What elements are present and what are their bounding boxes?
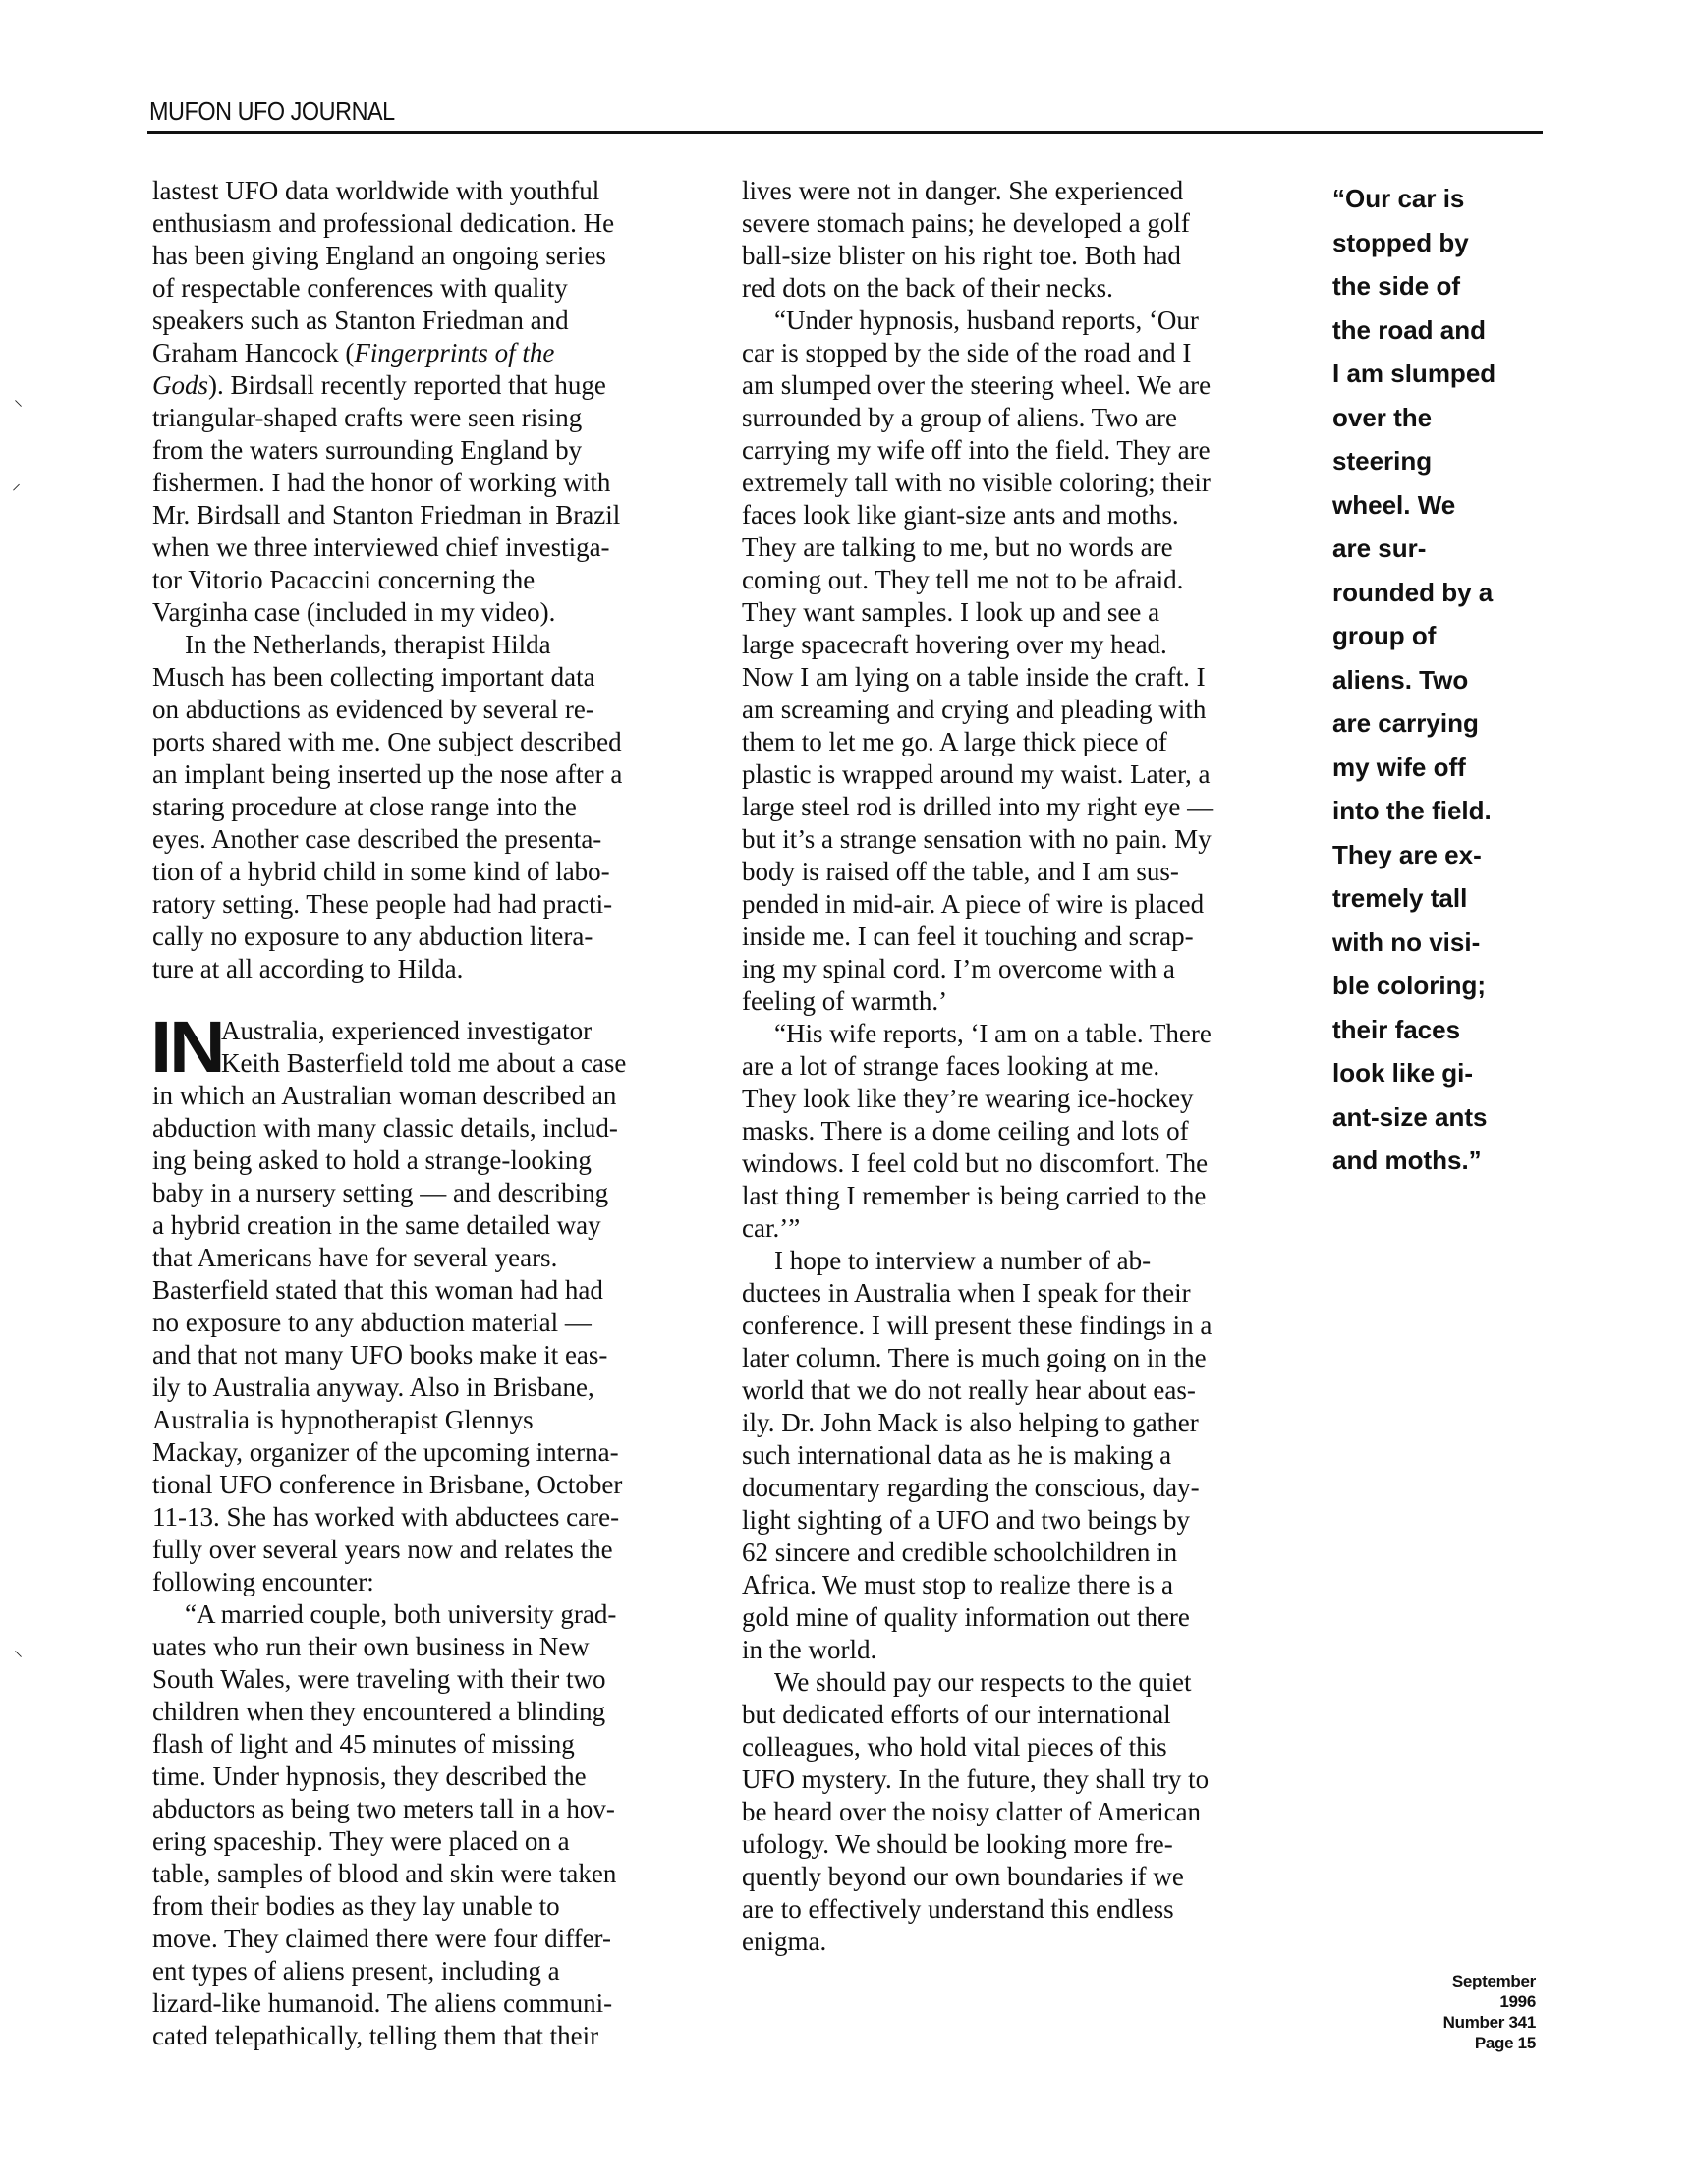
text-line: car is stopped by the side of the road a…: [742, 337, 1272, 369]
pull-quote-line: are carrying: [1332, 701, 1558, 746]
text-line: Basterfield stated that this woman had h…: [152, 1274, 703, 1307]
text-line: from their bodies as they lay unable to: [152, 1890, 703, 1923]
text-line: I hope to interview a number of ab-: [742, 1245, 1272, 1277]
pull-quote-line: with no visi-: [1332, 921, 1558, 965]
text-line: staring procedure at close range into th…: [152, 791, 703, 823]
text-line: ratory setting. These people had had pra…: [152, 888, 703, 921]
text-line: and that not many UFO books make it eas-: [152, 1339, 703, 1372]
text-line: Varginha case (included in my video).: [152, 596, 703, 629]
text-line: in the world.: [742, 1634, 1272, 1666]
text-line: tional UFO conference in Brisbane, Octob…: [152, 1469, 703, 1501]
text-line: Keith Basterfield told me about a case: [152, 1047, 703, 1080]
text-line: enigma.: [742, 1926, 1272, 1958]
text-line: They want samples. I look up and see a: [742, 596, 1272, 629]
text-line: be heard over the noisy clatter of Ameri…: [742, 1796, 1272, 1828]
text-line: They look like they’re wearing ice-hocke…: [742, 1083, 1272, 1115]
text-line: ent types of aliens present, including a: [152, 1955, 703, 1988]
text-fragment: Graham Hancock (: [152, 338, 354, 367]
text-line: has been giving England an ongoing serie…: [152, 240, 703, 272]
text-line: UFO mystery. In the future, they shall t…: [742, 1764, 1272, 1796]
text-line: in which an Australian woman described a…: [152, 1080, 703, 1112]
text-line: uates who run their own business in New: [152, 1631, 703, 1663]
text-line: following encounter:: [152, 1566, 703, 1598]
text-line: eyes. Another case described the present…: [152, 823, 703, 856]
australia-section: IN Australia, experienced investigator K…: [152, 1015, 703, 2052]
text-line: quently beyond our own boundaries if we: [742, 1861, 1272, 1893]
text-line: fishermen. I had the honor of working wi…: [152, 467, 703, 499]
text-line: In the Netherlands, therapist Hilda: [152, 629, 703, 661]
journal-page: MUFON UFO JOURNAL ⸌ ⸝ ⸌ lastest UFO data…: [0, 0, 1693, 2184]
text-line: conference. I will present these finding…: [742, 1310, 1272, 1342]
text-line: cally no exposure to any abduction liter…: [152, 921, 703, 953]
text-line: coming out. They tell me not to be afrai…: [742, 564, 1272, 596]
text-line: 62 sincere and credible schoolchildren i…: [742, 1537, 1272, 1569]
text-line: Mr. Birdsall and Stanton Friedman in Bra…: [152, 499, 703, 532]
text-line: large steel rod is drilled into my right…: [742, 791, 1272, 823]
text-line: Graham Hancock (Fingerprints of the: [152, 337, 703, 369]
text-line: ering spaceship. They were placed on a: [152, 1825, 703, 1858]
text-line: 11-13. She has worked with abductees car…: [152, 1501, 703, 1534]
text-line: body is raised off the table, and I am s…: [742, 856, 1272, 888]
text-line: last thing I remember is being carried t…: [742, 1180, 1272, 1212]
text-line: ture at all according to Hilda.: [152, 953, 703, 985]
drop-cap: IN: [150, 1019, 222, 1076]
text-line: cated telepathically, telling them that …: [152, 2020, 703, 2052]
text-line: table, samples of blood and skin were ta…: [152, 1858, 703, 1890]
text-line: flash of light and 45 minutes of missing: [152, 1728, 703, 1761]
pull-quote-line: my wife off: [1332, 746, 1558, 790]
text-line: lizard-like humanoid. The aliens communi…: [152, 1988, 703, 2020]
issue-month: September: [1443, 1971, 1536, 1991]
text-line: We should pay our respects to the quiet: [742, 1666, 1272, 1699]
pull-quote-line: ant-size ants: [1332, 1095, 1558, 1140]
text-line: on abductions as evidenced by several re…: [152, 694, 703, 726]
text-line: car.’”: [742, 1212, 1272, 1245]
text-line: surrounded by a group of aliens. Two are: [742, 402, 1272, 434]
pull-quote-line: They are ex-: [1332, 833, 1558, 877]
text-line: ball-size blister on his right toe. Both…: [742, 240, 1272, 272]
text-line: tor Vitorio Pacaccini concerning the: [152, 564, 703, 596]
text-line: large spacecraft hovering over my head.: [742, 629, 1272, 661]
text-line: Now I am lying on a table inside the cra…: [742, 661, 1272, 694]
text-line: abductors as being two meters tall in a …: [152, 1793, 703, 1825]
section-gap: [152, 985, 703, 1015]
text-line: ufology. We should be looking more fre-: [742, 1828, 1272, 1861]
text-line: inside me. I can feel it touching and sc…: [742, 921, 1272, 953]
pull-quote-line: into the field.: [1332, 789, 1558, 833]
pull-quote-line: and moths.”: [1332, 1139, 1558, 1183]
text-line: them to let me go. A large thick piece o…: [742, 726, 1272, 758]
text-line: lives were not in danger. She experience…: [742, 175, 1272, 207]
text-line: Australia, experienced investigator: [152, 1015, 703, 1047]
text-line: “His wife reports, ‘I am on a table. The…: [742, 1018, 1272, 1050]
article-column-2: lives were not in danger. She experience…: [742, 175, 1272, 1958]
text-line: faces look like giant-size ants and moth…: [742, 499, 1272, 532]
pull-quote-line: “Our car is: [1332, 177, 1558, 221]
text-line: ily. Dr. John Mack is also helping to ga…: [742, 1407, 1272, 1439]
text-line: a hybrid creation in the same detailed w…: [152, 1209, 703, 1242]
header-rule: [147, 131, 1543, 134]
book-title: Fingerprints of the: [354, 338, 554, 367]
text-line: are to effectively understand this endle…: [742, 1893, 1272, 1926]
text-line: carrying my wife off into the field. The…: [742, 434, 1272, 467]
text-line: Australia is hypnotherapist Glennys: [152, 1404, 703, 1436]
pull-quote-line: group of: [1332, 614, 1558, 658]
text-line: of respectable conferences with quality: [152, 272, 703, 305]
text-line: an implant being inserted up the nose af…: [152, 758, 703, 791]
text-line: pended in mid-air. A piece of wire is pl…: [742, 888, 1272, 921]
text-line: light sighting of a UFO and two beings b…: [742, 1504, 1272, 1537]
text-line: am screaming and crying and pleading wit…: [742, 694, 1272, 726]
text-fragment: ). Birdsall recently reported that huge: [208, 370, 606, 400]
text-line: Gods). Birdsall recently reported that h…: [152, 369, 703, 402]
text-line: am slumped over the steering wheel. We a…: [742, 369, 1272, 402]
text-line: red dots on the back of their necks.: [742, 272, 1272, 305]
pull-quote-line: ble coloring;: [1332, 964, 1558, 1008]
text-line: ing being asked to hold a strange-lookin…: [152, 1145, 703, 1177]
text-line: Mackay, organizer of the upcoming intern…: [152, 1436, 703, 1469]
text-line: children when they encountered a blindin…: [152, 1696, 703, 1728]
text-line: Musch has been collecting important data: [152, 661, 703, 694]
text-line: documentary regarding the conscious, day…: [742, 1472, 1272, 1504]
text-line: such international data as he is making …: [742, 1439, 1272, 1472]
pull-quote-line: rounded by a: [1332, 571, 1558, 615]
text-line: abduction with many classic details, inc…: [152, 1112, 703, 1145]
text-line: windows. I feel cold but no discomfort. …: [742, 1148, 1272, 1180]
pull-quote-line: are sur-: [1332, 527, 1558, 571]
text-line: gold mine of quality information out the…: [742, 1601, 1272, 1634]
text-line: time. Under hypnosis, they described the: [152, 1761, 703, 1793]
text-line: feeling of warmth.’: [742, 985, 1272, 1018]
pull-quote-line: stopped by: [1332, 221, 1558, 265]
publication-title: MUFON UFO JOURNAL: [149, 96, 395, 127]
issue-number: Number 341: [1443, 2012, 1536, 2033]
text-line: enthusiasm and professional dedication. …: [152, 207, 703, 240]
pull-quote: “Our car is stopped by the side of the r…: [1332, 177, 1558, 1183]
issue-year: 1996: [1443, 1991, 1536, 2012]
pull-quote-line: I am slumped: [1332, 352, 1558, 396]
text-line: world that we do not really hear about e…: [742, 1374, 1272, 1407]
text-line: are a lot of strange faces looking at me…: [742, 1050, 1272, 1083]
text-line: ductees in Australia when I speak for th…: [742, 1277, 1272, 1310]
text-line: fully over several years now and relates…: [152, 1534, 703, 1566]
text-line: but dedicated efforts of our internation…: [742, 1699, 1272, 1731]
text-line: extremely tall with no visible coloring;…: [742, 467, 1272, 499]
text-line: that Americans have for several years.: [152, 1242, 703, 1274]
text-line: colleagues, who hold vital pieces of thi…: [742, 1731, 1272, 1764]
text-line: triangular-shaped crafts were seen risin…: [152, 402, 703, 434]
pull-quote-line: look like gi-: [1332, 1051, 1558, 1095]
pull-quote-line: the road and: [1332, 308, 1558, 353]
text-line: baby in a nursery setting — and describi…: [152, 1177, 703, 1209]
text-line: ing my spinal cord. I’m overcome with a: [742, 953, 1272, 985]
text-line: when we three interviewed chief investig…: [152, 532, 703, 564]
text-line: ily to Australia anyway. Also in Brisban…: [152, 1372, 703, 1404]
scan-mark: ⸝: [12, 472, 21, 495]
text-line: but it’s a strange sensation with no pai…: [742, 823, 1272, 856]
text-line: Africa. We must stop to realize there is…: [742, 1569, 1272, 1601]
text-line: move. They claimed there were four diffe…: [152, 1923, 703, 1955]
page-number: Page 15: [1443, 2033, 1536, 2053]
article-column-1: lastest UFO data worldwide with youthful…: [152, 175, 703, 2052]
pull-quote-line: the side of: [1332, 264, 1558, 308]
pull-quote-line: their faces: [1332, 1008, 1558, 1052]
text-line: plastic is wrapped around my waist. Late…: [742, 758, 1272, 791]
text-line: lastest UFO data worldwide with youthful: [152, 175, 703, 207]
text-line: from the waters surrounding England by: [152, 434, 703, 467]
text-line: South Wales, were traveling with their t…: [152, 1663, 703, 1696]
text-line: tion of a hybrid child in some kind of l…: [152, 856, 703, 888]
text-line: masks. There is a dome ceiling and lots …: [742, 1115, 1272, 1148]
text-line: ports shared with me. One subject descri…: [152, 726, 703, 758]
text-line: They are talking to me, but no words are: [742, 532, 1272, 564]
book-title: Gods: [152, 370, 208, 400]
text-line: later column. There is much going on in …: [742, 1342, 1272, 1374]
scan-mark: ⸌: [14, 1646, 23, 1669]
text-line: speakers such as Stanton Friedman and: [152, 305, 703, 337]
scan-mark: ⸌: [14, 395, 23, 419]
pull-quote-line: wheel. We: [1332, 483, 1558, 528]
text-line: no exposure to any abduction material —: [152, 1307, 703, 1339]
issue-folio: September 1996 Number 341 Page 15: [1443, 1971, 1536, 2053]
pull-quote-line: aliens. Two: [1332, 658, 1558, 702]
pull-quote-line: steering: [1332, 439, 1558, 483]
text-line: “Under hypnosis, husband reports, ‘Our: [742, 305, 1272, 337]
text-line: “A married couple, both university grad-: [152, 1598, 703, 1631]
pull-quote-line: over the: [1332, 396, 1558, 440]
pull-quote-line: tremely tall: [1332, 876, 1558, 921]
text-line: severe stomach pains; he developed a gol…: [742, 207, 1272, 240]
